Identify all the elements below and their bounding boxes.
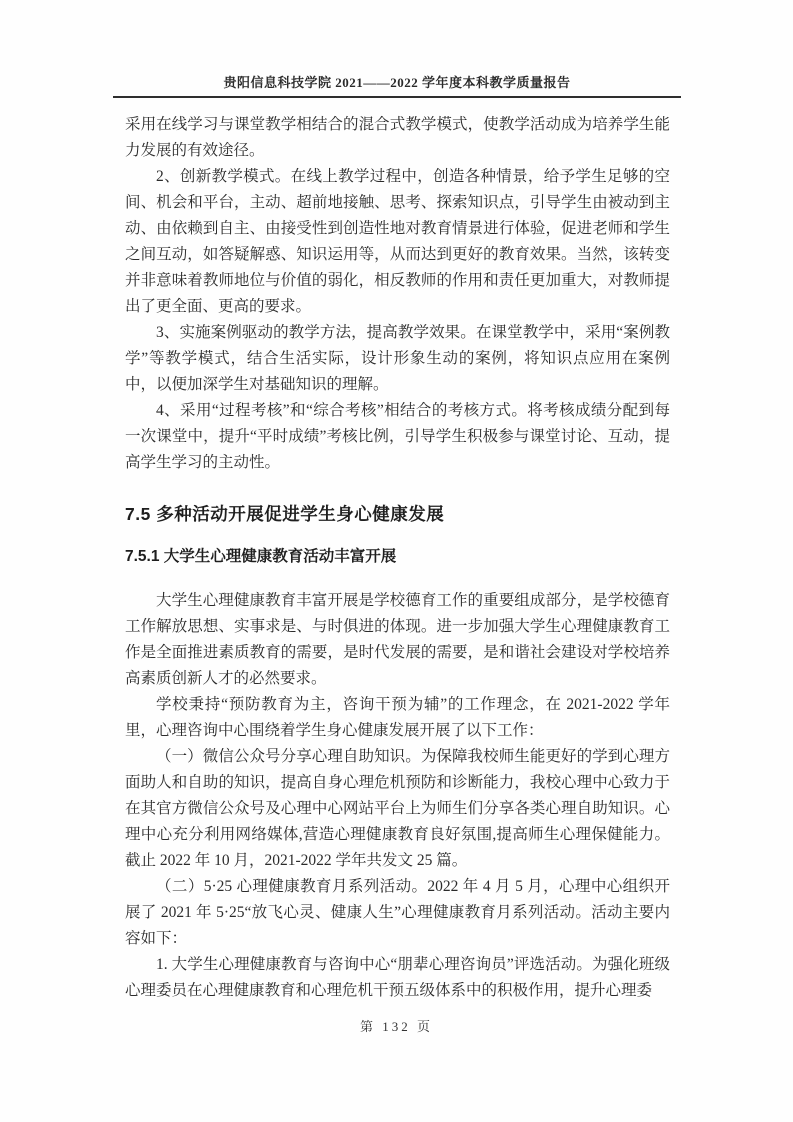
document-page: 贵阳信息科技学院 2021——2022 学年度本科教学质量报告 采用在线学习与课… [0,0,793,1122]
page-header: 贵阳信息科技学院 2021——2022 学年度本科教学质量报告 [113,72,681,98]
header-title: 贵阳信息科技学院 2021——2022 学年度本科教学质量报告 [223,72,570,96]
section-heading-7-5: 7.5 多种活动开展促进学生身心健康发展 [125,502,670,526]
paragraph-525-activities: （二）5·25 心理健康教育月系列活动。2022 年 4 月 5 月，心理中心组… [125,874,670,952]
page-number: 第 132 页 [360,1019,433,1034]
paragraph-item-4: 4、采用“过程考核”和“综合考核”相结合的考核方式。将考核成绩分配到每一次课堂中… [125,398,670,476]
paragraph-item-3: 3、实施案例驱动的教学方法，提高教学效果。在课堂教学中，采用“案例教学”等教学模… [125,320,670,398]
page-footer: 第 132 页 [0,1016,793,1036]
paragraph-item-2: 2、创新教学模式。在线上教学过程中，创造各种情景，给予学生足够的空间、机会和平台… [125,164,670,320]
paragraph-wechat-account: （一）微信公众号分享心理自助知识。为保障我校师生能更好的学到心理方面助人和自助的… [125,744,670,874]
subsection-heading-7-5-1: 7.5.1 大学生心理健康教育活动丰富开展 [125,546,670,568]
paragraph-peer-counselor: 1. 大学生心理健康教育与咨询中心“朋辈心理咨询员”评选活动。为强化班级心理委员… [125,952,670,1004]
document-body: 采用在线学习与课堂教学相结合的混合式教学模式，使教学活动成为培养学生能力发展的有… [125,112,670,1004]
paragraph-continuation: 采用在线学习与课堂教学相结合的混合式教学模式，使教学活动成为培养学生能力发展的有… [125,112,670,164]
paragraph-mental-health-intro: 大学生心理健康教育丰富开展是学校德育工作的重要组成部分，是学校德育工作解放思想、… [125,588,670,692]
paragraph-work-philosophy: 学校秉持“预防教育为主，咨询干预为辅”的工作理念，在 2021-2022 学年里… [125,692,670,744]
